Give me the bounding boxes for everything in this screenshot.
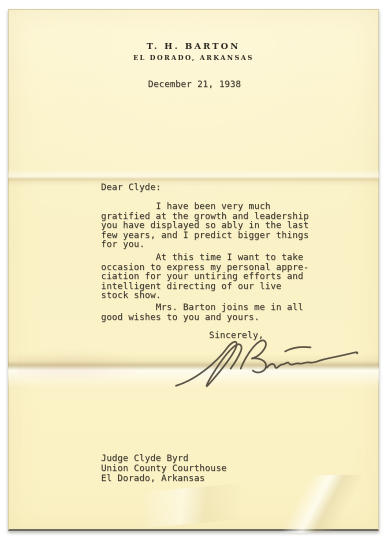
letterhead: T. H. BARTON EL DORADO, ARKANSAS: [9, 43, 378, 62]
body-paragraph-1: I have been very much gratified at the g…: [101, 203, 309, 251]
paper-wrinkle: [68, 478, 310, 535]
body-paragraph-3: Mrs. Barton joins me in all good wishes …: [101, 304, 303, 323]
fold-crease-top: [8, 169, 379, 187]
letterhead-name: T. H. BARTON: [9, 43, 378, 52]
paper-corner-wrinkle: [246, 475, 383, 533]
letter-paper: T. H. BARTON EL DORADO, ARKANSAS Decembe…: [8, 9, 379, 531]
letterhead-location: EL DORADO, ARKANSAS: [9, 55, 378, 62]
scanned-letter-photo: T. H. BARTON EL DORADO, ARKANSAS Decembe…: [0, 0, 383, 540]
paper-smudge: [17, 348, 147, 380]
signature-ink: [172, 334, 359, 390]
body-paragraph-2: At this time I want to take occasion to …: [101, 254, 309, 302]
recipient-address: Judge Clyde Byrd Union County Courthouse…: [101, 454, 227, 484]
date-line: December 21, 1938: [148, 81, 241, 91]
salutation: Dear Clyde:: [101, 184, 161, 194]
